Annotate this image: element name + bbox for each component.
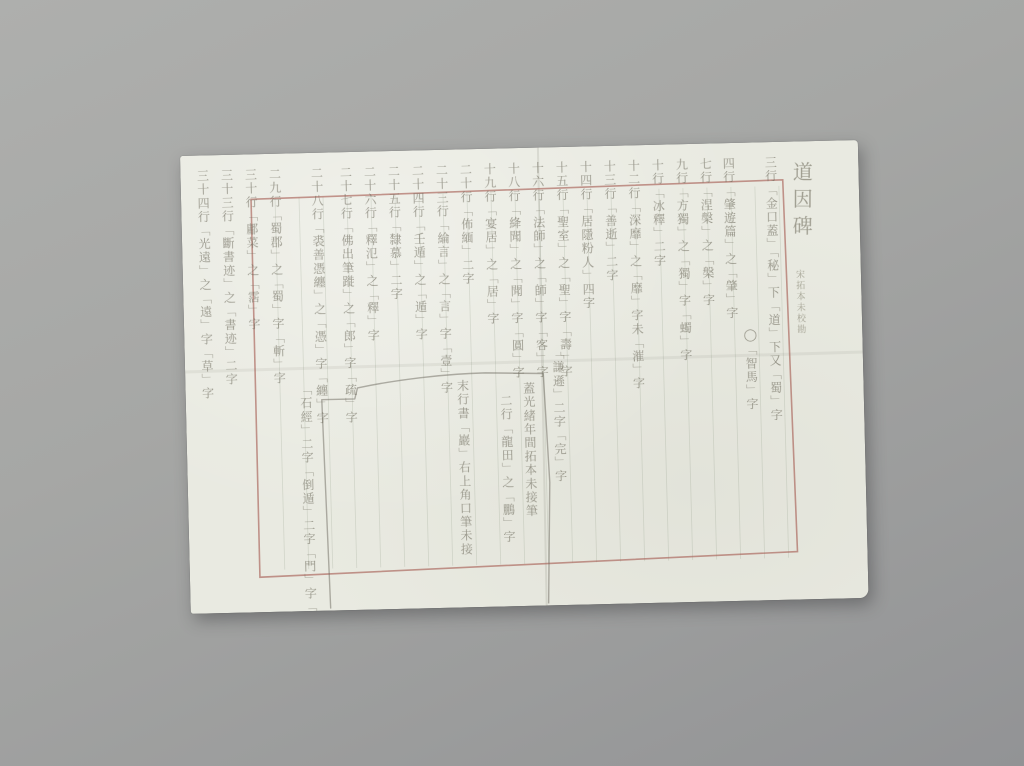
handwritten-column: 七行「涅槃」之「槃」字	[699, 157, 715, 307]
handwritten-column: 十行「冰釋」二字	[651, 159, 666, 268]
manuscript-title: 道因碑	[787, 161, 816, 242]
handwritten-column: 二行「龍田」之「鵬」字	[500, 394, 516, 544]
handwritten-column: 「謙遜」二字「完」字	[552, 347, 567, 483]
handwritten-column: 十三行「善逝」二字	[603, 160, 618, 283]
handwritten-column: 十四行「居隱粉人」四字	[579, 160, 595, 310]
handwritten-column: 蓋光緒年間拓本未接筆	[522, 382, 537, 518]
handwritten-column: ◯「智馬」字	[744, 327, 758, 411]
paper-sheet: 道因碑 宋拓本未校勘 三行「金口蓋」「秘」下「道」下又「蜀」字◯「智馬」字四行「…	[180, 140, 869, 614]
handwritten-column: 十九行「宴居」之「居」字	[483, 163, 499, 326]
photo-background: 道因碑 宋拓本未校勘 三行「金口蓋」「秘」下「道」下又「蜀」字◯「智馬」字四行「…	[0, 0, 1024, 766]
manuscript-subtitle: 宋拓本未校勘	[793, 269, 808, 335]
handwritten-column: 四行「肇遊篇」之「肇」字	[722, 157, 738, 320]
handwritten-column: 二十五行「隸慕」二字	[387, 165, 402, 301]
handwritten-column: 三十行「鄘菜」之「霑」字	[244, 168, 260, 331]
handwritten-column: 二十行「佈緬」二字	[459, 163, 474, 286]
